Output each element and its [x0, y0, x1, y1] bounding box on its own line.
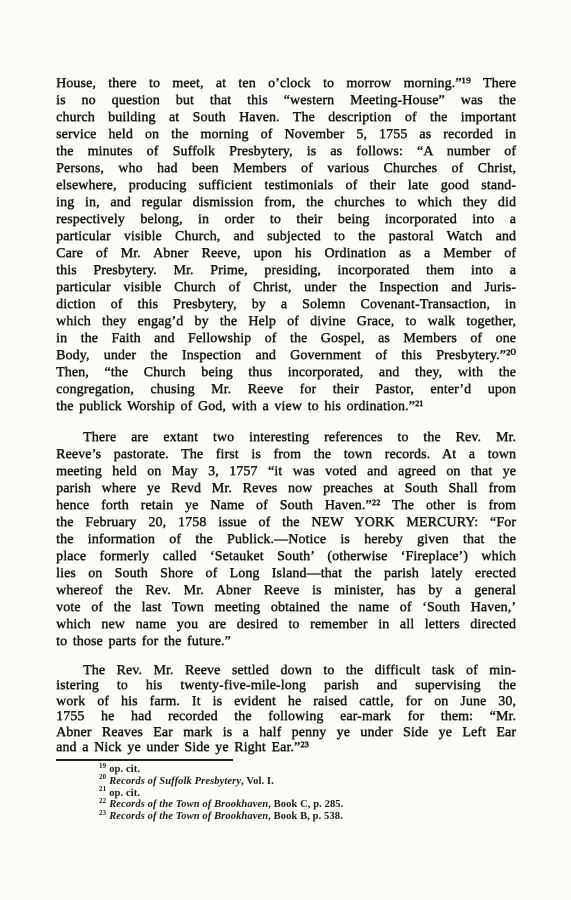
text-line: is no question but that this “western Me… [56, 92, 516, 109]
footnote-marker: 22 [99, 797, 106, 805]
text-line: particular visible Church, and subjected… [56, 228, 516, 245]
text-line: There are extant two interesting referen… [56, 429, 516, 446]
text-line: hence forth retain ye Name of South Have… [56, 497, 516, 514]
body-text: House, there to meet, at ten o’clock to … [56, 75, 516, 755]
text-line: vote of the last Town meeting obtained t… [56, 599, 516, 616]
text-line: the February 20, 1758 issue of the NEW Y… [56, 514, 516, 531]
footnote-text: , Book C, p. 285. [268, 799, 343, 810]
text-line: istering to his twenty-five-mile-long pa… [56, 678, 516, 693]
text-line: particular visible Church of Christ, und… [56, 279, 516, 296]
footnote: 19op. cit. [99, 764, 519, 776]
text-line: the information of the Publick.—Notice i… [56, 531, 516, 548]
text-line: this Presbytery. Mr. Prime, presiding, i… [56, 262, 516, 279]
footnote-text: , Vol. I. [241, 776, 274, 787]
footnote: 20Records of Suffolk Presbytery, Vol. I. [99, 776, 519, 788]
text-line: meeting held on May 3, 1757 “it was vote… [56, 463, 516, 480]
text-line: House, there to meet, at ten o’clock to … [56, 75, 516, 92]
text-line: and a Nick ye under Side ye Right Ear.”²… [56, 740, 516, 755]
text-line: whereof the Rev. Mr. Abner Reeve is mini… [56, 582, 516, 599]
text-line: church building at South Haven. The desc… [56, 109, 516, 126]
text-line: 1755 he had recorded the following ear-m… [56, 709, 516, 724]
text-line: work of his farm. It is evident he raise… [56, 694, 516, 709]
text-line: lies on South Shore of Long Island—that … [56, 565, 516, 582]
text-line: the publick Worship of God, with a view … [56, 398, 516, 415]
footnote-marker: 19 [99, 762, 106, 770]
footnotes: 19op. cit.20Records of Suffolk Presbyter… [99, 764, 519, 823]
paragraph: There are extant two interesting referen… [56, 429, 516, 650]
text-line: Body, under the Inspection and Governmen… [56, 347, 516, 364]
text-line: respectively belong, in order to their b… [56, 211, 516, 228]
footnote-text: Records of the Town of Brookhaven [109, 799, 268, 810]
footnote-marker: 23 [99, 809, 106, 817]
footnote-text: Records of the Town of Brookhaven [109, 811, 268, 822]
footnote-text: op. cit. [109, 788, 140, 799]
paragraph: The Rev. Mr. Reeve settled down to the d… [56, 663, 516, 755]
text-line: place formerly called ‘Setauket South’ (… [56, 548, 516, 565]
text-line: The Rev. Mr. Reeve settled down to the d… [56, 663, 516, 678]
text-line: which they engag’d by the Help of divine… [56, 313, 516, 330]
text-line: Abner Reaves Ear mark is a half penny ye… [56, 725, 516, 740]
text-line: Then, “the Church being thus incorporate… [56, 364, 516, 381]
footnote: 21op. cit. [99, 788, 519, 800]
paragraph: House, there to meet, at ten o’clock to … [56, 75, 516, 415]
text-line: elsewhere, producing sufficient testimon… [56, 177, 516, 194]
footnote-text: op. cit. [109, 764, 140, 775]
text-line: in the Faith and Fellowship of the Gospe… [56, 330, 516, 347]
footnote-text: Records of Suffolk Presbytery [109, 776, 241, 787]
text-line: Care of Mr. Abner Reeve, upon his Ordina… [56, 245, 516, 262]
text-line: ing in, and regular dismission from, the… [56, 194, 516, 211]
footnote: 22Records of the Town of Brookhaven, Boo… [99, 799, 519, 811]
footnote-text: , Book B, p. 538. [268, 811, 343, 822]
text-line: the minutes of Suffolk Presbytery, is as… [56, 143, 516, 160]
text-line: which new name you are desired to rememb… [56, 616, 516, 633]
text-line: service held on the morning of November … [56, 126, 516, 143]
footnote-marker: 20 [99, 773, 106, 781]
text-line: parish where ye Revd Mr. Reves now preac… [56, 480, 516, 497]
footnote-separator [56, 759, 233, 761]
footnote: 23Records of the Town of Brookhaven, Boo… [99, 811, 519, 823]
footnote-marker: 21 [99, 785, 106, 793]
text-line: diction of this Presbytery, by a Solemn … [56, 296, 516, 313]
text-line: Persons, who had been Members of various… [56, 160, 516, 177]
text-line: congregation, chusing Mr. Reeve for thei… [56, 381, 516, 398]
text-line: Reeve’s pastorate. The first is from the… [56, 446, 516, 463]
text-line: to those parts for the future.” [56, 633, 516, 650]
book-page: House, there to meet, at ten o’clock to … [0, 0, 571, 900]
